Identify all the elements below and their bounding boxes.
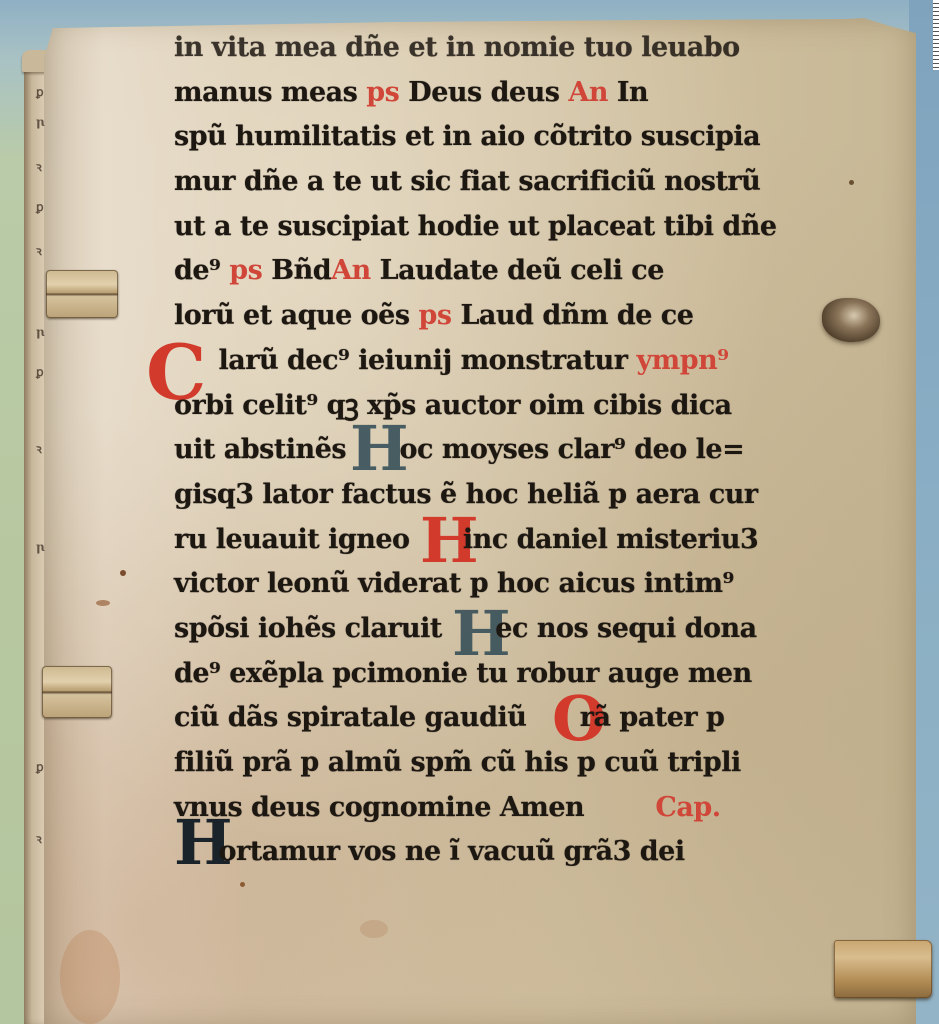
stain	[96, 600, 110, 606]
spine-glyph: ꞃ	[36, 325, 48, 339]
stain	[120, 570, 126, 576]
text-segment: de⁹ exẽpla pcimonie tu robur auge men	[174, 658, 752, 689]
scale-ruler	[933, 0, 939, 70]
text-line: spõsi iohẽs claruit ec nos sequi dona	[174, 607, 784, 652]
text-line: gisq3 lator factus ẽ hoc heliã p aera cu…	[174, 473, 784, 518]
text-segment: ru leuauit igneo inc daniel misteriu3	[174, 524, 758, 555]
text-segment: Bñd	[262, 255, 331, 286]
text-segment: orbi celit⁹ qꝫ xp̃s auctor oim cibis dic…	[174, 390, 732, 421]
leather-knot	[822, 298, 880, 342]
spine-glyph: ꞃ	[36, 115, 48, 129]
spine-sewing-strap-bottom	[42, 666, 112, 718]
spine-glyph: ꝛ	[36, 830, 48, 844]
spine-glyph: ꝛ	[36, 242, 48, 256]
rubric: An	[568, 77, 608, 108]
stain	[240, 882, 245, 887]
text-segment: mur dñe a te ut sic fiat sacrificiũ nost…	[174, 166, 760, 197]
text-segment: ut a te suscipiat hodie ut placeat tibi …	[174, 211, 777, 242]
text-segment: in vita mea dñe et in nomie tuo leuabo	[174, 32, 740, 63]
rubric-capitulum: Cap.	[655, 792, 720, 823]
text-line: ut a te suscipiat hodie ut placeat tibi …	[174, 205, 784, 250]
text-line: ortamur vos ne ĩ vacuũ grã3 dei	[174, 830, 784, 875]
spine-glyph: ꝑ	[36, 200, 48, 214]
spine-glyph: ꝑ	[36, 365, 48, 379]
text-line: spũ humilitatis et in aio cõtrito suscip…	[174, 115, 784, 160]
rubric: ps	[366, 77, 399, 108]
text-segment: gisq3 lator factus ẽ hoc heliã p aera cu…	[174, 479, 758, 510]
stain	[60, 930, 120, 1024]
text-line: ciũ dãs spiratale gaudiũ rã pater p	[174, 696, 784, 741]
spine-glyph: ꝛ	[36, 158, 48, 172]
rubric: ympn⁹	[636, 345, 728, 376]
text-line: in vita mea dñe et in nomie tuo leuabo	[174, 26, 784, 71]
text-segment: Deus deus	[399, 77, 568, 108]
text-segment: lorũ et aque oẽs	[174, 300, 418, 331]
text-line: larũ dec⁹ ieiunij monstratur ympn⁹	[174, 339, 784, 384]
stain	[849, 180, 854, 185]
text-line: manus meas ps Deus deus An In	[174, 71, 784, 116]
text-line: vnus deus cognomine Amen Cap.	[174, 786, 784, 831]
text-segment: filiũ prã p almũ spm̃ cũ his p cuũ tripl…	[174, 747, 741, 778]
text-segment: uit abstinẽs oc moyses clar⁹ deo le=	[174, 434, 744, 465]
text-line: orbi celit⁹ qꝫ xp̃s auctor oim cibis dic…	[174, 384, 784, 429]
stain	[360, 920, 388, 938]
spine-glyph: ꞃ	[36, 540, 48, 554]
text-segment: vnus deus cognomine Amen	[174, 792, 655, 823]
spine-glyph: ꝑ	[36, 85, 48, 99]
text-line: de⁹ ps BñdAn Laudate deũ celi ce	[174, 249, 784, 294]
text-segment: ciũ dãs spiratale gaudiũ rã pater p	[174, 702, 724, 733]
text-line: filiũ prã p almũ spm̃ cũ his p cuũ tripl…	[174, 741, 784, 786]
text-line: lorũ et aque oẽs ps Laud dñm de ce	[174, 294, 784, 339]
text-segment: spõsi iohẽs claruit ec nos sequi dona	[174, 613, 757, 644]
rubric: ps	[418, 300, 451, 331]
text-segment: Laudate deũ celi ce	[371, 255, 664, 286]
text-segment: larũ dec⁹ ieiunij monstratur	[174, 345, 636, 376]
clasp-tab	[834, 940, 932, 998]
text-segment: de⁹	[174, 255, 229, 286]
text-segment: victor leonũ viderat p hoc aicus intim⁹	[174, 568, 734, 599]
spine-glyph: ꝑ	[36, 760, 48, 774]
text-segment: Laud dñm de ce	[452, 300, 694, 331]
text-column: in vita mea dñe et in nomie tuo leuabo m…	[174, 26, 784, 875]
text-line: mur dñe a te ut sic fiat sacrificiũ nost…	[174, 160, 784, 205]
text-line: ru leuauit igneo inc daniel misteriu3	[174, 518, 784, 563]
spine-glyph: ꝛ	[36, 440, 48, 454]
text-line: victor leonũ viderat p hoc aicus intim⁹	[174, 562, 784, 607]
spine-sewing-strap-top	[46, 270, 118, 318]
rubric: An	[331, 255, 371, 286]
text-segment: In	[608, 77, 648, 108]
text-segment: ortamur vos ne ĩ vacuũ grã3 dei	[174, 836, 685, 867]
rubric: ps	[229, 255, 262, 286]
text-line: uit abstinẽs oc moyses clar⁹ deo le=	[174, 428, 784, 473]
text-segment: manus meas	[174, 77, 366, 108]
text-segment: spũ humilitatis et in aio cõtrito suscip…	[174, 121, 760, 152]
text-line: de⁹ exẽpla pcimonie tu robur auge men	[174, 652, 784, 697]
